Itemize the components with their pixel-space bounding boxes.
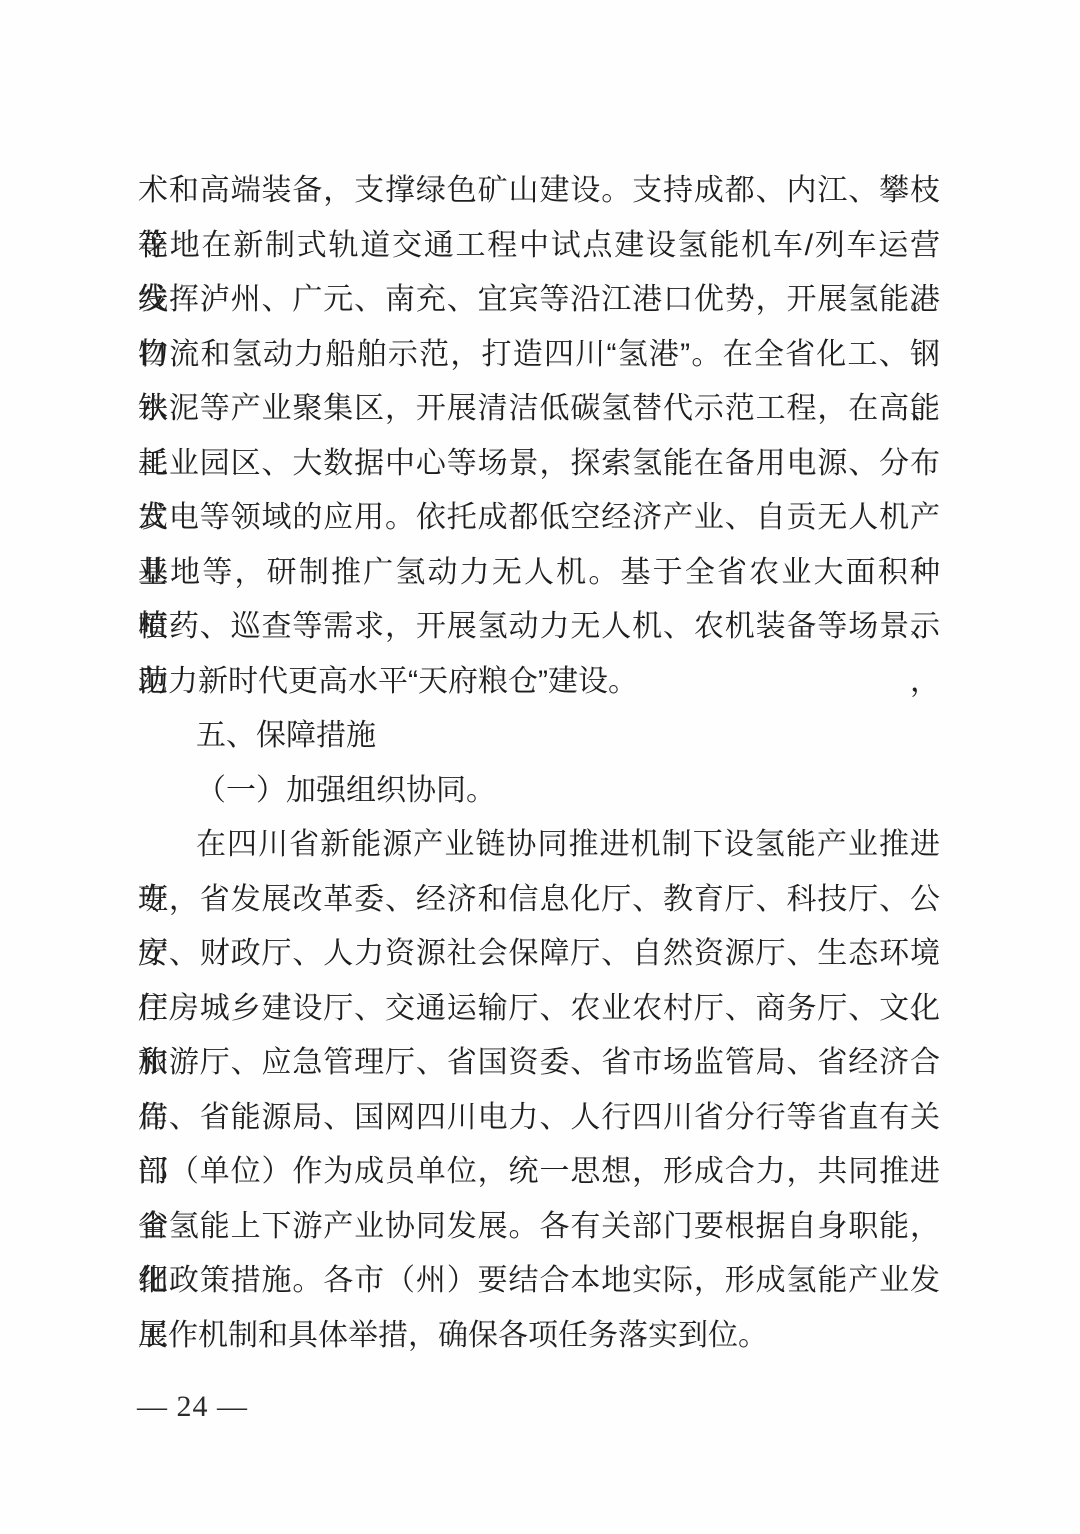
text-line: 发挥泸州、广元、南充、宜宾等沿江港口优势，开展氢能港口 (138, 273, 940, 328)
text-line: 喷药、巡查等需求，开展氢动力无人机、农机装备等场景示范， (138, 600, 940, 655)
text-line: 等地在新制式轨道交通工程中试点建设氢能机车/列车运营线。 (138, 219, 940, 274)
text-line: 工业园区、大数据中心等场景，探索氢能在备用电源、分布式 (138, 437, 940, 492)
text-line: 旅游厅、应急管理厅、省国资委、省市场监管局、省经济合作 (138, 1036, 940, 1091)
heading-line: （一）加强组织协同。 (138, 764, 940, 819)
text-line: 班，省发展改革委、经济和信息化厅、教育厅、科技厅、公安 (138, 873, 940, 928)
text-line: 化政策措施。各市（州）要结合本地实际，形成氢能产业发展 (138, 1254, 940, 1309)
heading-line: 五、保障措施 (138, 709, 940, 764)
text-line: 工作机制和具体举措，确保各项任务落实到位。 (138, 1309, 940, 1364)
text-line: 在四川省新能源产业链协同推进机制下设氢能产业推进专 (138, 818, 940, 873)
document-body: 术和高端装备，支撑绿色矿山建设。支持成都、内江、攀枝花等地在新制式轨道交通工程中… (138, 164, 940, 1363)
page-number: — 24 — (137, 1390, 248, 1424)
text-line: 水泥等产业聚集区，开展清洁低碳氢替代示范工程，在高能耗 (138, 382, 940, 437)
text-line: 术和高端装备，支撑绿色矿山建设。支持成都、内江、攀枝花 (138, 164, 940, 219)
text-line: 物流和氢动力船舶示范，打造四川“氢港”。在全省化工、钢铁、 (138, 328, 940, 383)
text-line: 门（单位）作为成员单位，统一思想，形成合力，共同推进全 (138, 1145, 940, 1200)
text-line: 局、省能源局、国网四川电力、人行四川省分行等省直有关部 (138, 1091, 940, 1146)
text-line: 住房城乡建设厅、交通运输厅、农业农村厅、商务厅、文化和 (138, 982, 940, 1037)
text-line: 基地等，研制推广氢动力无人机。基于全省农业大面积种植、 (138, 546, 940, 601)
text-line: 省氢能上下游产业协同发展。各有关部门要根据自身职能，细 (138, 1200, 940, 1255)
text-line: 发电等领域的应用。依托成都低空经济产业、自贡无人机产业 (138, 491, 940, 546)
text-line: 厅、财政厅、人力资源社会保障厅、自然资源厅、生态环境厅、 (138, 927, 940, 982)
document-page: 术和高端装备，支撑绿色矿山建设。支持成都、内江、攀枝花等地在新制式轨道交通工程中… (0, 0, 1080, 1534)
